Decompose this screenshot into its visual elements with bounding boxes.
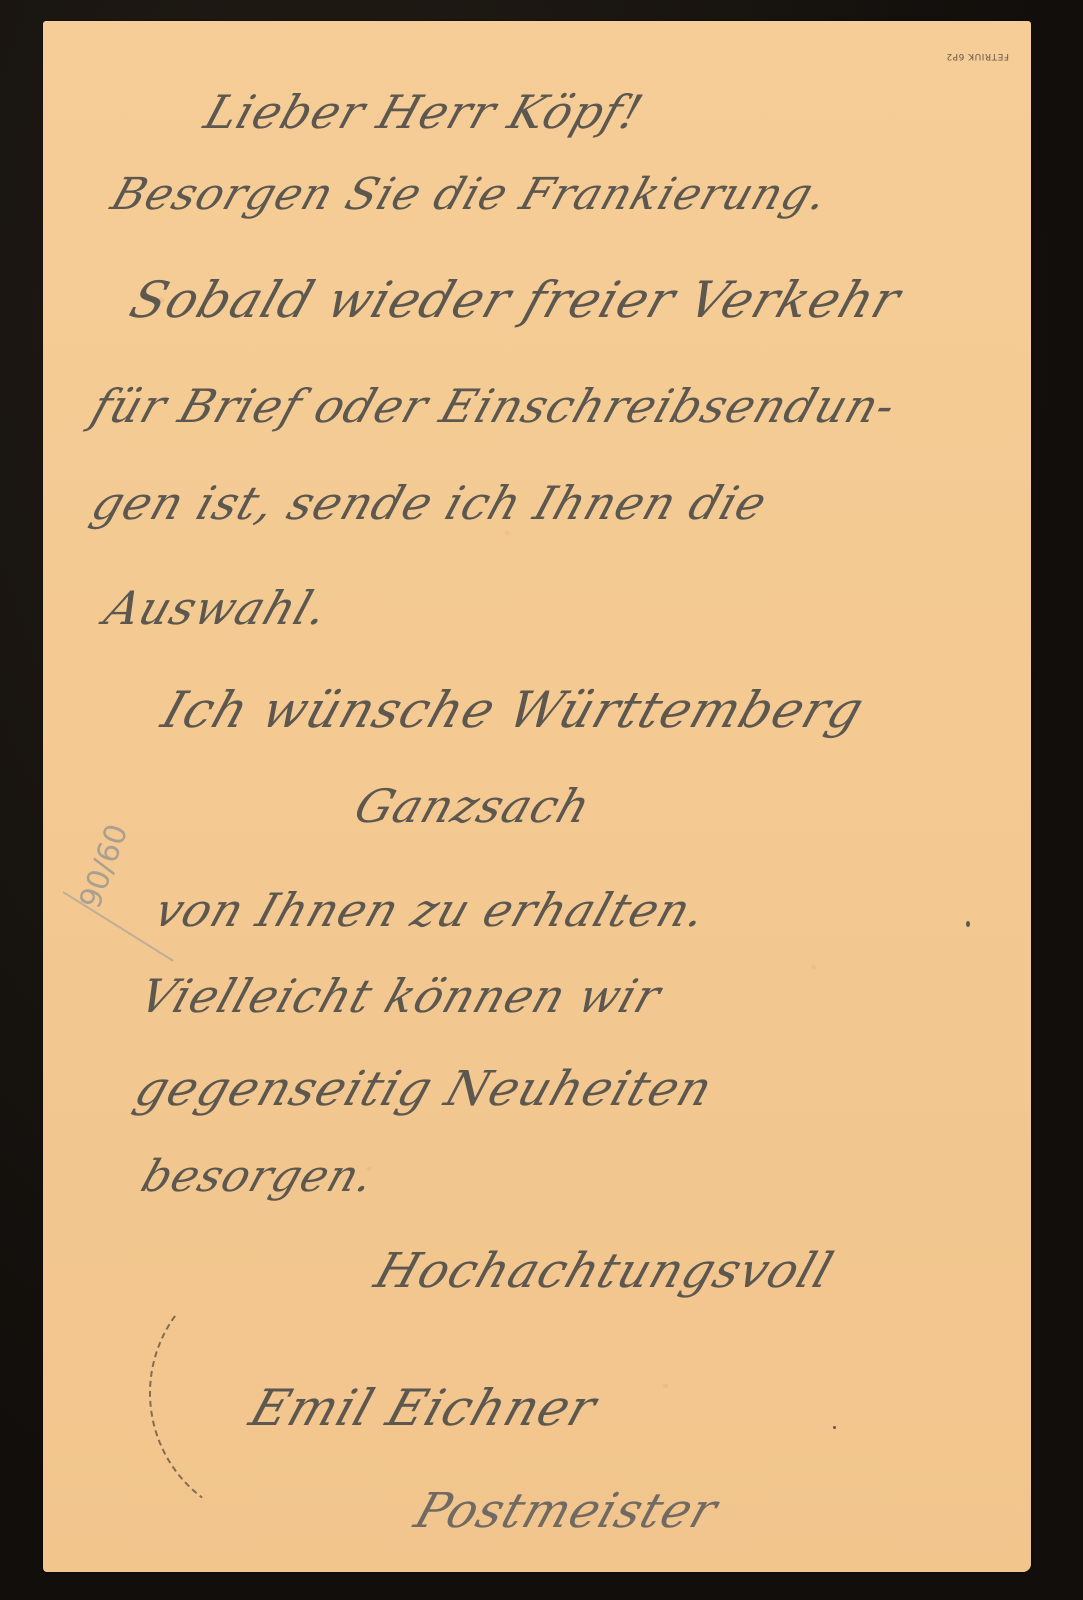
letter-line-5: gen ist, sende ich Ihnen die [85,476,774,530]
letter-line-9: von Ihnen zu erhalten. [148,883,714,937]
ink-speck [966,921,970,927]
pencil-annotation: 90/60 [73,820,135,913]
letter-line-10: Vielleicht können wir [133,969,668,1023]
salutation-line: Lieber Herr Köpf! [198,85,650,139]
closing-line: Hochachtungsvoll [368,1243,840,1299]
ink-speck [833,1426,836,1429]
letter-line-8: Ganzsach [348,779,598,833]
printer-mark: FETRIUK 6P2 [946,51,1009,61]
letter-line-7: Ich wünsche Württemberg [155,681,871,739]
letter-line-11: gegenseitig Neuheiten [128,1061,720,1117]
letter-line-2: Besorgen Sie die Frankierung. [105,169,835,220]
signature-title: Postmeister [408,1483,725,1539]
letter-line-12: besorgen. [135,1151,381,1202]
letter-line-3: Sobald wieder freier Verkehr [123,271,908,329]
letter-line-6: Auswahl. [98,581,336,635]
letter-line-4: für Brief oder Einschreibsendun- [85,379,903,433]
postcard: FETRIUK 6P2 Lieber Herr Köpf! Besorgen S… [43,21,1031,1572]
